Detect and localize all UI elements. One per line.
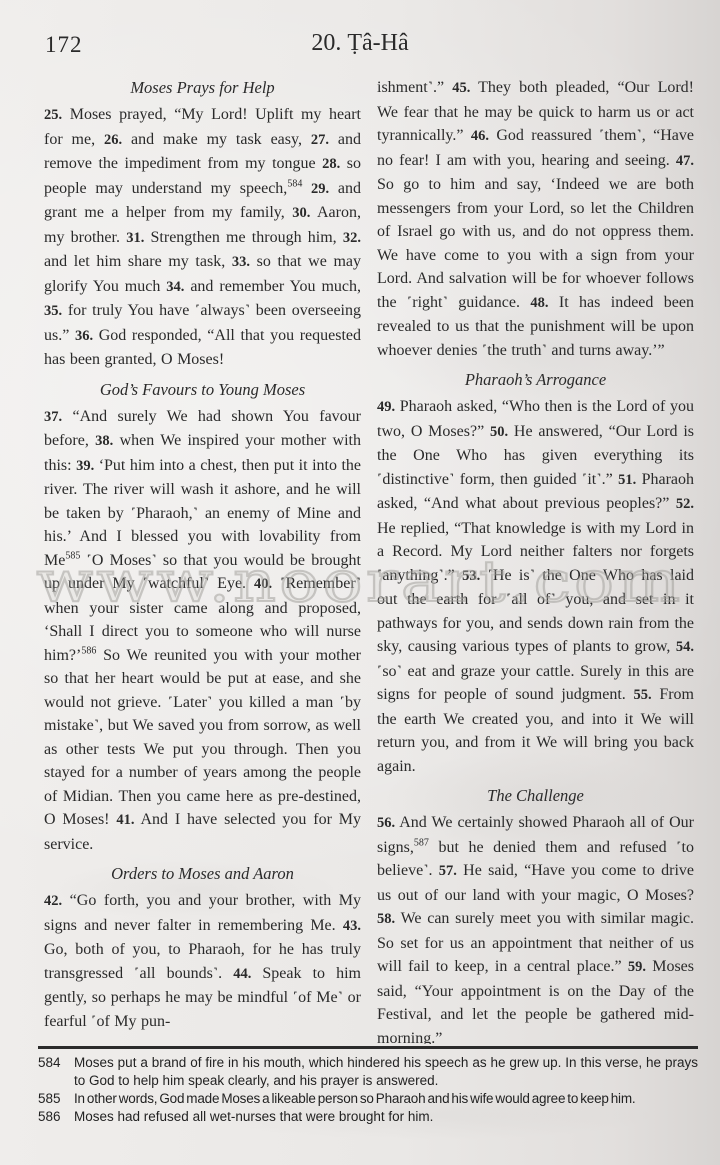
right-column: ishment˺.” 45. They both pleaded, “Our L… <box>377 76 694 1044</box>
scanned-book-page: { "page": { "number": "172", "title": "2… <box>0 0 720 1165</box>
footnote-reference: 586 <box>81 645 96 656</box>
footnote-reference: 587 <box>414 837 429 848</box>
footnote-number: 586 <box>38 1108 74 1126</box>
verse-number: 38. <box>95 433 113 449</box>
page-header: 172 20. Ṭâ-Hâ <box>0 30 720 66</box>
verse-number: 30. <box>292 205 310 221</box>
verse-number: 48. <box>530 295 548 311</box>
footnote-number: 584 <box>38 1054 74 1090</box>
section-heading: Orders to Moses and Aaron <box>44 863 361 885</box>
verse-paragraph: 49. Pharaoh asked, “Who then is the Lord… <box>377 395 694 778</box>
verse-paragraph: 42. “Go forth, you and your brother, wit… <box>44 889 361 1033</box>
verse-number: 35. <box>44 303 62 319</box>
section-heading: Pharaoh’s Arrogance <box>377 369 694 391</box>
verse-number: 55. <box>633 687 651 703</box>
verse-number: 34. <box>166 279 184 295</box>
footnote-number: 585 <box>38 1090 74 1108</box>
verse-number: 40. <box>254 576 272 592</box>
verse-number: 43. <box>343 918 361 934</box>
verse-number: 37. <box>44 409 62 425</box>
verse-paragraph: 56. And We certainly showed Pharaoh all … <box>377 811 694 1044</box>
verse-number: 54. <box>676 639 694 655</box>
verse-number: 26. <box>104 132 122 148</box>
verse-number: 49. <box>377 399 395 415</box>
footnote-row: 586 Moses had refused all wet-nurses tha… <box>38 1108 698 1126</box>
verse-number: 46. <box>471 128 489 144</box>
footnote-reference: 584 <box>287 178 302 189</box>
section-heading: The Challenge <box>377 785 694 807</box>
verse-number: 59. <box>628 959 646 975</box>
verse-number: 41. <box>116 812 134 828</box>
body-text-columns: Moses Prays for Help25. Moses prayed, “M… <box>44 76 694 1044</box>
verse-number: 52. <box>676 496 694 512</box>
section-heading: Moses Prays for Help <box>44 77 361 99</box>
verse-number: 42. <box>44 893 62 909</box>
verse-number: 32. <box>343 230 361 246</box>
footnote-text: Moses put a brand of fire in his mouth, … <box>74 1054 698 1090</box>
verse-number: 56. <box>377 815 395 831</box>
verse-number: 57. <box>439 863 457 879</box>
verse-number: 31. <box>126 230 144 246</box>
verse-number: 29. <box>311 181 329 197</box>
footnote-text: In other words, God made Moses a likeabl… <box>74 1090 698 1108</box>
verse-number: 33. <box>232 254 250 270</box>
footnote-reference: 585 <box>65 550 80 561</box>
footnotes-section: 584 Moses put a brand of fire in his mou… <box>38 1046 698 1126</box>
verse-number: 28. <box>322 156 340 172</box>
left-column: Moses Prays for Help25. Moses prayed, “M… <box>44 76 361 1044</box>
verse-number: 47. <box>676 153 694 169</box>
verse-number: 45. <box>452 80 470 96</box>
verse-number: 50. <box>490 424 508 440</box>
verse-number: 27. <box>311 132 329 148</box>
verse-number: 25. <box>44 107 62 123</box>
verse-number: 53. <box>462 568 480 584</box>
verse-number: 36. <box>75 328 93 344</box>
verse-number: 51. <box>618 472 636 488</box>
footnote-row: 584 Moses put a brand of fire in his mou… <box>38 1054 698 1090</box>
verse-number: 39. <box>76 458 94 474</box>
verse-paragraph: 37. “And surely We had shown You favour … <box>44 405 361 857</box>
verse-number: 58. <box>377 911 395 927</box>
verse-paragraph: 25. Moses prayed, “My Lord! Uplift my he… <box>44 103 361 372</box>
footnote-row: 585 In other words, God made Moses a lik… <box>38 1090 698 1108</box>
section-heading: God’s Favours to Young Moses <box>44 379 361 401</box>
verse-number: 44. <box>233 966 251 982</box>
sura-title: 20. Ṭâ-Hâ <box>0 30 720 57</box>
verse-paragraph: ishment˺.” 45. They both pleaded, “Our L… <box>377 76 694 362</box>
footnote-text: Moses had refused all wet-nurses that we… <box>74 1108 698 1126</box>
